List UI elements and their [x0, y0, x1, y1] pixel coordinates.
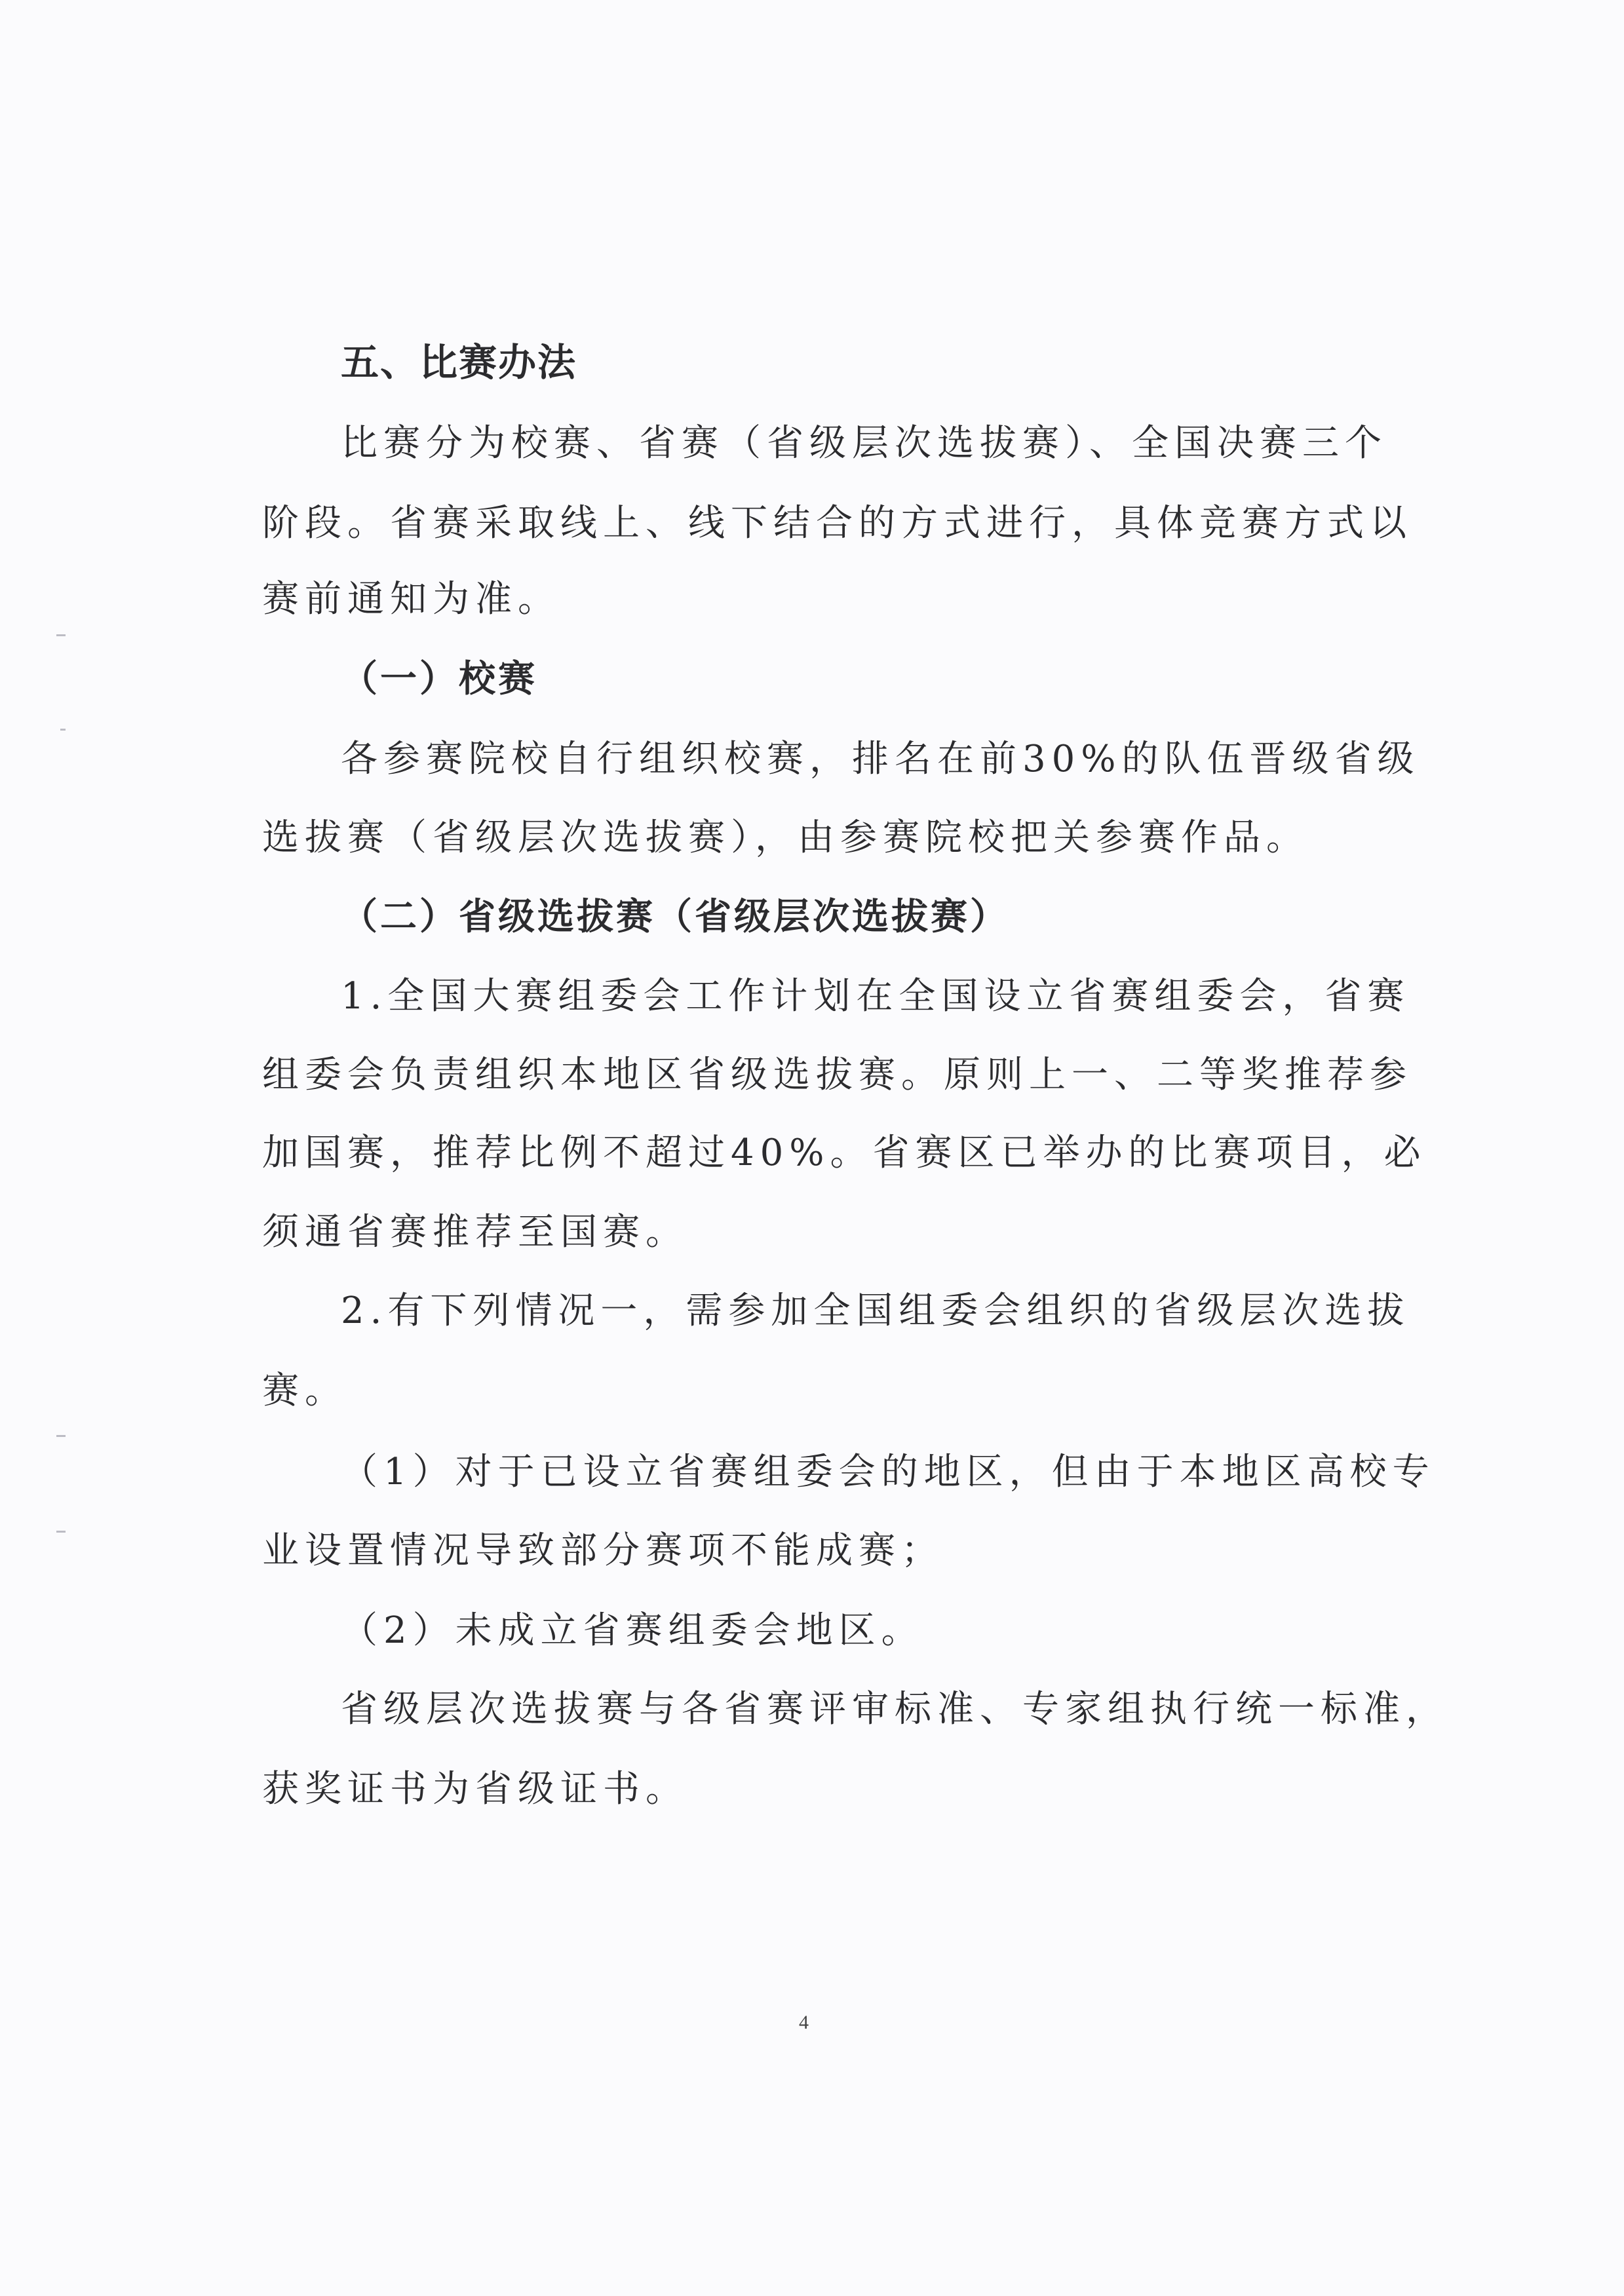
document-page: 五、比赛办法 比赛分为校赛、省赛（省级层次选拔赛）、全国决赛三个 阶段。省赛采取… [0, 0, 1624, 2296]
paragraph-line: 1.全国大赛组委会工作计划在全国设立省赛组委会，省赛 [341, 974, 1455, 1020]
paragraph-line: 各参赛院校自行组织校赛，排名在前30%的队伍晋级省级 [341, 737, 1455, 782]
paragraph-line: 组委会负责组织本地区省级选拔赛。原则上一、二等奖推荐参 [262, 1052, 1376, 1098]
paragraph-line: （1）对于已设立省赛组委会的地区，但由于本地区高校专 [341, 1449, 1455, 1495]
paragraph-line: 获奖证书为省级证书。 [262, 1767, 1376, 1812]
subsection-title-school: （一）校赛 [341, 657, 1455, 702]
paragraph-line: 阶段。省赛采取线上、线下结合的方式进行，具体竞赛方式以 [262, 501, 1376, 546]
scan-margin-mark [56, 1531, 66, 1533]
paragraph-line: （2）未成立省赛组委会地区。 [341, 1608, 1455, 1654]
subsection-title-provincial: （二）省级选拔赛（省级层次选拔赛） [341, 894, 1455, 940]
scan-margin-mark [56, 634, 66, 636]
paragraph-line: 赛前通知为准。 [262, 577, 1376, 622]
paragraph-line: 加国赛，推荐比例不超过40%。省赛区已举办的比赛项目，必 [262, 1130, 1376, 1176]
section-title: 五、比赛办法 [341, 339, 1455, 385]
scan-margin-mark [60, 729, 66, 731]
paragraph-line: 赛。 [262, 1368, 1376, 1414]
paragraph-line: 选拔赛（省级层次选拔赛），由参赛院校把关参赛作品。 [262, 815, 1376, 861]
page-number: 4 [799, 2012, 809, 2034]
scan-margin-mark [56, 1435, 66, 1437]
paragraph-line: 须通省赛推荐至国赛。 [262, 1210, 1376, 1255]
paragraph-line: 2.有下列情况一，需参加全国组委会组织的省级层次选拔 [341, 1288, 1455, 1334]
paragraph-line: 业设置情况导致部分赛项不能成赛； [262, 1528, 1376, 1574]
paragraph-line: 比赛分为校赛、省赛（省级层次选拔赛）、全国决赛三个 [341, 421, 1455, 467]
paragraph-line: 省级层次选拔赛与各省赛评审标准、专家组执行统一标准， [341, 1687, 1455, 1732]
